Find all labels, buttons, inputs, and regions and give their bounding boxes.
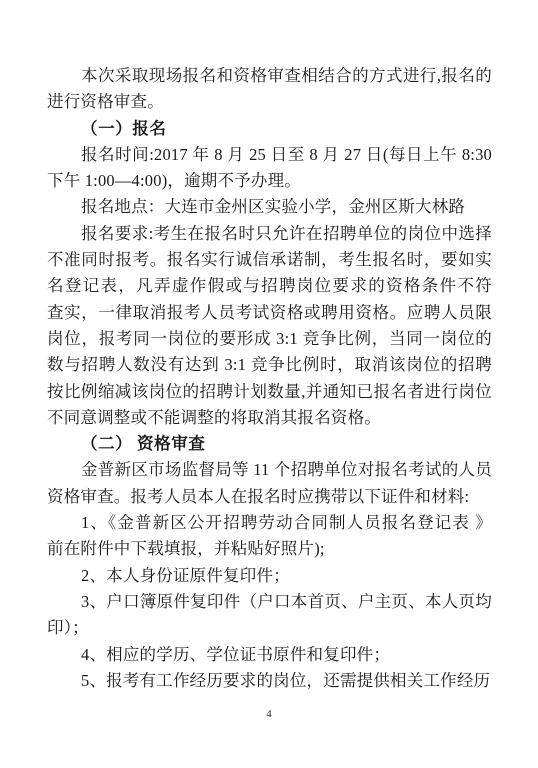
text-line: 报名地点：大连市金州区实验小学，金州区斯大林路 402 号。 <box>47 194 492 220</box>
text-line: 按比例缩减该岗位的招聘计划数量,并通知已报名者进行岗位调整， <box>47 379 492 405</box>
text-line: 下午 1:00—4:00)，逾期不予办理。 <box>47 168 492 194</box>
text-line: 报名时间:2017 年 8 月 25 日至 8 月 27 日(每日上午 8:30… <box>47 142 492 168</box>
text-line: 本次采取现场报名和资格审查相结合的方式进行,报名的同时， <box>47 63 492 89</box>
text-line: 不同意调整或不能调整的将取消其报名资格。 <box>47 405 492 431</box>
text-line: 报名要求:考生在报名时只允许在招聘单位的岗位中选择一个， <box>47 221 492 247</box>
text-line: 印）； <box>47 615 492 641</box>
text-line: 不准同时报考。报名实行诚信承诺制，考生报名时，要如实填写报 <box>47 247 492 273</box>
section-heading: （一）报名 <box>47 116 492 142</box>
text-line: 金普新区市场监督局等 11 个招聘单位对报名考试的人员进行 <box>47 457 492 483</box>
text-line: 资格审查。报考人员本人在报名时应携带以下证件和材料: <box>47 484 492 510</box>
document-body: 本次采取现场报名和资格审查相结合的方式进行,报名的同时，进行资格审查。（一）报名… <box>47 63 492 694</box>
text-line: 名登记表，凡弄虚作假或与招聘岗位要求的资格条件不符的，一经 <box>47 273 492 299</box>
text-line: 数与招聘人数没有达到 3:1 竞争比例时，取消该岗位的招聘计划或 <box>47 352 492 378</box>
text-line: 查实，一律取消报考人员考试资格或聘用资格。应聘人员限报一个 <box>47 300 492 326</box>
page-number: 4 <box>0 708 538 720</box>
text-line: 5、报考有工作经历要求的岗位，还需提供相关工作经历证明。 <box>47 668 492 694</box>
text-line: 2、本人身份证原件复印件； <box>47 563 492 589</box>
section-heading: （二） 资格审查 <box>47 431 492 457</box>
text-line: 3、户口簿原件复印件（户口本首页、户主页、本人页均需要复 <box>47 589 492 615</box>
text-line: 前在附件中下载填报，并粘贴好照片); <box>47 536 492 562</box>
text-line: 进行资格审查。 <box>47 89 492 115</box>
document-page: 本次采取现场报名和资格审查相结合的方式进行,报名的同时，进行资格审查。（一）报名… <box>0 0 538 768</box>
text-line: 岗位，报考同一岗位的要形成 3:1 竞争比例，当同一岗位的应聘人 <box>47 326 492 352</box>
text-line: 1、《金普新区公开招聘劳动合同制人员报名登记表 》（提 <box>47 510 492 536</box>
text-line: 4、相应的学历、学位证书原件和复印件； <box>47 642 492 668</box>
